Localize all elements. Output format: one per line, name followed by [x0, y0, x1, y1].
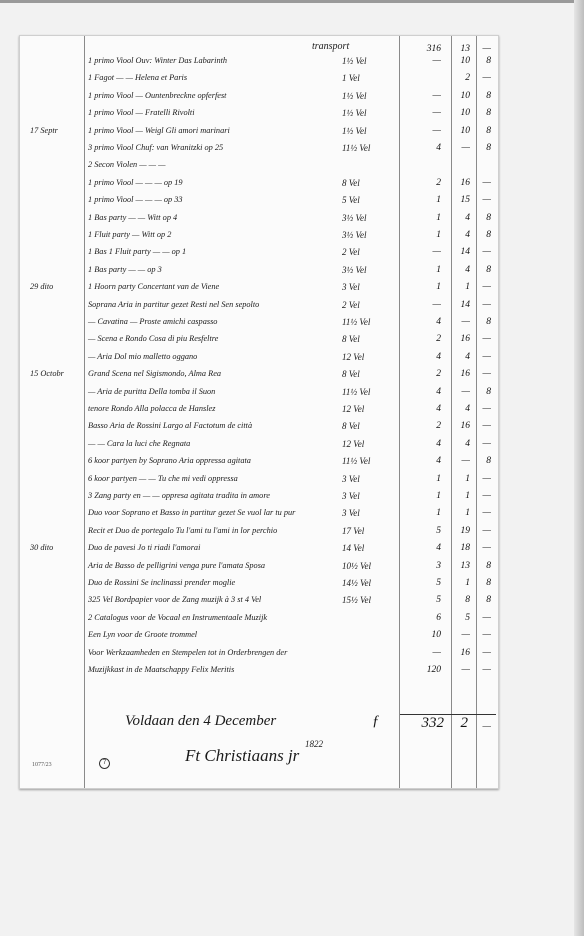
- entry-quantity: 11½ Vel: [342, 143, 370, 153]
- entry-description: Recit et Duo de portegalo Tu l'ami tu l'…: [88, 526, 277, 536]
- entry-pennings: —: [477, 665, 491, 675]
- transport-label: transport: [312, 42, 349, 52]
- entry-description: Muzijkkast in de Maatschappy Felix Merit…: [88, 665, 234, 675]
- entry-pennings: 8: [477, 317, 491, 327]
- entry-pennings: 8: [477, 230, 491, 240]
- entry-description: 1 primo Viool — Weigl Gli amori marinari: [88, 126, 230, 136]
- entry-stuivers: 1: [452, 282, 470, 292]
- entry-guilders: 1: [405, 230, 441, 240]
- entry-guilders: —: [405, 247, 441, 257]
- page-number: 7: [99, 758, 110, 769]
- entry-description: 6 koor partyen by Soprano Aria oppressa …: [88, 456, 251, 466]
- entry-pennings: 8: [477, 213, 491, 223]
- entry-guilders: —: [405, 91, 441, 101]
- total-d: —: [477, 722, 491, 732]
- currency-symbol: ƒ: [372, 716, 380, 726]
- entry-pennings: —: [477, 508, 491, 518]
- total-rule: [400, 714, 496, 715]
- entry-pennings: —: [477, 334, 491, 344]
- entry-description: 3 Zang party en — — oppresa agitata trad…: [88, 491, 270, 501]
- entry-date: 15 Octobr: [30, 369, 64, 379]
- entry-guilders: 120: [405, 665, 441, 675]
- entry-quantity: 14½ Vel: [342, 578, 371, 588]
- entry-pennings: 8: [477, 56, 491, 66]
- entry-stuivers: 16: [452, 421, 470, 431]
- entry-description: 1 primo Viool Ouv: Winter Das Labarinth: [88, 56, 227, 66]
- entry-quantity: 8 Vel: [342, 178, 360, 188]
- entry-guilders: —: [405, 108, 441, 118]
- entry-stuivers: 15: [452, 195, 470, 205]
- entry-quantity: 1½ Vel: [342, 108, 367, 118]
- entry-pennings: —: [477, 282, 491, 292]
- entry-pennings: —: [477, 543, 491, 553]
- settlement-text: Voldaan den 4 December: [125, 716, 276, 726]
- entry-stuivers: 14: [452, 247, 470, 257]
- entry-stuivers: 5: [452, 613, 470, 623]
- entry-quantity: 12 Vel: [342, 439, 364, 449]
- entry-guilders: 4: [405, 456, 441, 466]
- entry-quantity: 3 Vel: [342, 491, 360, 501]
- entry-guilders: 2: [405, 178, 441, 188]
- entry-description: 1 primo Viool — — — op 33: [88, 195, 183, 205]
- entry-stuivers: 1: [452, 491, 470, 501]
- entry-description: tenore Rondo Alla polacca de Hanslez: [88, 404, 215, 414]
- entry-pennings: —: [477, 439, 491, 449]
- entry-guilders: 1: [405, 213, 441, 223]
- entry-description: 325 Vel Bordpapier voor de Zang muzijk à…: [88, 595, 261, 605]
- entry-pennings: —: [477, 247, 491, 257]
- entry-quantity: 3 Vel: [342, 474, 360, 484]
- entry-stuivers: —: [452, 456, 470, 466]
- entry-guilders: 2: [405, 334, 441, 344]
- entry-description: 1 Fluit party — Witt op 2: [88, 230, 171, 240]
- entry-quantity: 5 Vel: [342, 195, 360, 205]
- entry-guilders: 1: [405, 491, 441, 501]
- entry-stuivers: 10: [452, 108, 470, 118]
- entry-pennings: 8: [477, 91, 491, 101]
- entry-description: 1 primo Viool — Fratelli Rivolti: [88, 108, 195, 118]
- entry-pennings: —: [477, 648, 491, 658]
- entry-stuivers: 16: [452, 178, 470, 188]
- entry-pennings: 8: [477, 387, 491, 397]
- entry-stuivers: 10: [452, 91, 470, 101]
- entry-guilders: 4: [405, 317, 441, 327]
- entry-quantity: 3 Vel: [342, 508, 360, 518]
- entry-pennings: —: [477, 421, 491, 431]
- entry-pennings: —: [477, 404, 491, 414]
- entry-pennings: —: [477, 491, 491, 501]
- entry-stuivers: 4: [452, 213, 470, 223]
- entry-description: 1 Bas party — — op 3: [88, 265, 162, 275]
- entry-guilders: —: [405, 648, 441, 658]
- entry-stuivers: 4: [452, 439, 470, 449]
- entry-guilders: —: [405, 300, 441, 310]
- entry-date: 17 Septr: [30, 126, 58, 136]
- transport-d: —: [477, 44, 491, 54]
- transport-st: 13: [452, 44, 470, 54]
- entry-guilders: 4: [405, 352, 441, 362]
- entry-stuivers: 4: [452, 230, 470, 240]
- entry-guilders: 4: [405, 543, 441, 553]
- entry-description: Basso Aria de Rossini Largo al Factotum …: [88, 421, 252, 431]
- entry-guilders: 4: [405, 143, 441, 153]
- entry-pennings: —: [477, 630, 491, 640]
- entry-stuivers: 4: [452, 265, 470, 275]
- entry-date: 29 dito: [30, 282, 53, 292]
- entry-quantity: 1½ Vel: [342, 126, 367, 136]
- entry-pennings: 8: [477, 126, 491, 136]
- entry-quantity: 8 Vel: [342, 369, 360, 379]
- entry-guilders: 4: [405, 439, 441, 449]
- entry-description: 1 primo Viool — Ountenbreckne opferfest: [88, 91, 227, 101]
- entry-quantity: 1 Vel: [342, 73, 360, 83]
- date-column-rule: [84, 36, 85, 788]
- entry-quantity: 3½ Vel: [342, 213, 367, 223]
- entry-description: Duo voor Soprano et Basso in partitur ge…: [88, 508, 295, 518]
- entry-description: — Aria de puritta Della tomba il Suon: [88, 387, 215, 397]
- entry-guilders: 10: [405, 630, 441, 640]
- entry-quantity: 8 Vel: [342, 421, 360, 431]
- entry-stuivers: 10: [452, 56, 470, 66]
- entry-description: 2 Secon Violen — — —: [88, 160, 166, 170]
- entry-guilders: 1: [405, 265, 441, 275]
- entry-pennings: —: [477, 526, 491, 536]
- entry-description: 1 Hoorn party Concertant van de Viene: [88, 282, 219, 292]
- entry-quantity: 15½ Vel: [342, 595, 371, 605]
- entry-pennings: —: [477, 178, 491, 188]
- entry-quantity: 2 Vel: [342, 300, 360, 310]
- entry-stuivers: 16: [452, 369, 470, 379]
- entry-stuivers: 8: [452, 595, 470, 605]
- entry-stuivers: 18: [452, 543, 470, 553]
- entry-description: Duo de pavesi Jo ti riadi l'amorai: [88, 543, 200, 553]
- entry-stuivers: —: [452, 387, 470, 397]
- scan-right-edge: [574, 0, 584, 936]
- entry-description: 1 Fagot — — Helena et Paris: [88, 73, 187, 83]
- entry-description: Soprana Aria in partitur gezet Resti nel…: [88, 300, 259, 310]
- entry-stuivers: —: [452, 143, 470, 153]
- transport-fl: 316: [405, 44, 441, 54]
- entry-quantity: 3½ Vel: [342, 230, 367, 240]
- entry-stuivers: 16: [452, 334, 470, 344]
- entry-description: 1 Bas party — — Witt op 4: [88, 213, 177, 223]
- entry-stuivers: 4: [452, 352, 470, 362]
- scan-top-border: [0, 0, 584, 3]
- entry-pennings: —: [477, 195, 491, 205]
- entry-guilders: 2: [405, 421, 441, 431]
- entry-guilders: 4: [405, 387, 441, 397]
- entry-quantity: 11½ Vel: [342, 456, 370, 466]
- entry-guilders: 4: [405, 404, 441, 414]
- entry-pennings: —: [477, 300, 491, 310]
- entry-pennings: —: [477, 474, 491, 484]
- entry-description: 3 primo Viool Chuf: van Wranitzki op 25: [88, 143, 223, 153]
- entry-description: — Aria Dol mio malletto oggano: [88, 352, 197, 362]
- entry-stuivers: 1: [452, 508, 470, 518]
- year: 1822: [305, 739, 323, 749]
- entry-description: Een Lyn voor de Groote trommel: [88, 630, 197, 640]
- entry-stuivers: 16: [452, 648, 470, 658]
- entry-stuivers: 10: [452, 126, 470, 136]
- entry-guilders: 1: [405, 195, 441, 205]
- entry-description: Voor Werkzaamheden en Stempelen tot in O…: [88, 648, 287, 658]
- entry-quantity: 12 Vel: [342, 352, 364, 362]
- entry-quantity: 1½ Vel: [342, 91, 367, 101]
- total-fl: 332: [404, 718, 444, 728]
- entry-quantity: 17 Vel: [342, 526, 364, 536]
- entry-guilders: 2: [405, 369, 441, 379]
- entry-guilders: —: [405, 126, 441, 136]
- entry-quantity: 1½ Vel: [342, 56, 367, 66]
- entry-quantity: 2 Vel: [342, 247, 360, 257]
- entry-description: Grand Scena nel Sigismondo, Alma Rea: [88, 369, 221, 379]
- total-st: 2: [452, 718, 468, 728]
- entry-pennings: 8: [477, 561, 491, 571]
- entry-stuivers: 19: [452, 526, 470, 536]
- invoice-sheet: transport 316 13 — 1 primo Viool Ouv: Wi…: [19, 35, 499, 789]
- entry-description: Aria de Basso de pelligrini venga pure l…: [88, 561, 265, 571]
- entry-description: 6 koor partyen — — Tu che mi vedi oppres…: [88, 474, 238, 484]
- entry-description: — — Cara la luci che Regnata: [88, 439, 190, 449]
- entry-description: 2 Catalogus voor de Vocaal en Instrument…: [88, 613, 267, 623]
- entry-date: 30 dito: [30, 543, 53, 553]
- entry-description: — Cavatina — Proste amichi caspasso: [88, 317, 217, 327]
- entry-guilders: 6: [405, 613, 441, 623]
- signature: Ft Christiaans jr: [185, 751, 299, 761]
- entry-guilders: 5: [405, 526, 441, 536]
- entry-pennings: 8: [477, 456, 491, 466]
- entry-quantity: 12 Vel: [342, 404, 364, 414]
- entry-quantity: 14 Vel: [342, 543, 364, 553]
- entry-guilders: 1: [405, 508, 441, 518]
- entry-pennings: —: [477, 613, 491, 623]
- entry-quantity: 10½ Vel: [342, 561, 371, 571]
- entry-guilders: —: [405, 56, 441, 66]
- entry-stuivers: 4: [452, 404, 470, 414]
- entry-quantity: 11½ Vel: [342, 317, 370, 327]
- entry-quantity: 8 Vel: [342, 334, 360, 344]
- entry-quantity: 11½ Vel: [342, 387, 370, 397]
- entry-stuivers: —: [452, 630, 470, 640]
- entry-description: 1 primo Viool — — — op 19: [88, 178, 183, 188]
- entry-guilders: 5: [405, 578, 441, 588]
- entry-stuivers: 14: [452, 300, 470, 310]
- entry-stuivers: —: [452, 665, 470, 675]
- entry-pennings: —: [477, 73, 491, 83]
- entry-pennings: 8: [477, 108, 491, 118]
- entry-guilders: 3: [405, 561, 441, 571]
- entry-pennings: —: [477, 352, 491, 362]
- archive-reference: 1077/23: [32, 760, 52, 770]
- entry-guilders: 5: [405, 595, 441, 605]
- entry-description: Duo de Rossini Se inclinassi prender mog…: [88, 578, 235, 588]
- entry-description: — Scena e Rondo Cosa di piu Resfeltre: [88, 334, 218, 344]
- entry-pennings: 8: [477, 595, 491, 605]
- entry-stuivers: —: [452, 317, 470, 327]
- entry-stuivers: 1: [452, 578, 470, 588]
- entry-pennings: 8: [477, 265, 491, 275]
- entry-guilders: 1: [405, 282, 441, 292]
- entry-quantity: 3 Vel: [342, 282, 360, 292]
- entry-pennings: 8: [477, 578, 491, 588]
- entry-quantity: 3½ Vel: [342, 265, 367, 275]
- guilder-column-rule: [399, 36, 400, 788]
- entry-stuivers: 13: [452, 561, 470, 571]
- entry-stuivers: 2: [452, 73, 470, 83]
- entry-pennings: 8: [477, 143, 491, 153]
- entry-guilders: 1: [405, 474, 441, 484]
- entry-stuivers: 1: [452, 474, 470, 484]
- entry-pennings: —: [477, 369, 491, 379]
- entry-description: 1 Bas 1 Fluit party — — op 1: [88, 247, 186, 257]
